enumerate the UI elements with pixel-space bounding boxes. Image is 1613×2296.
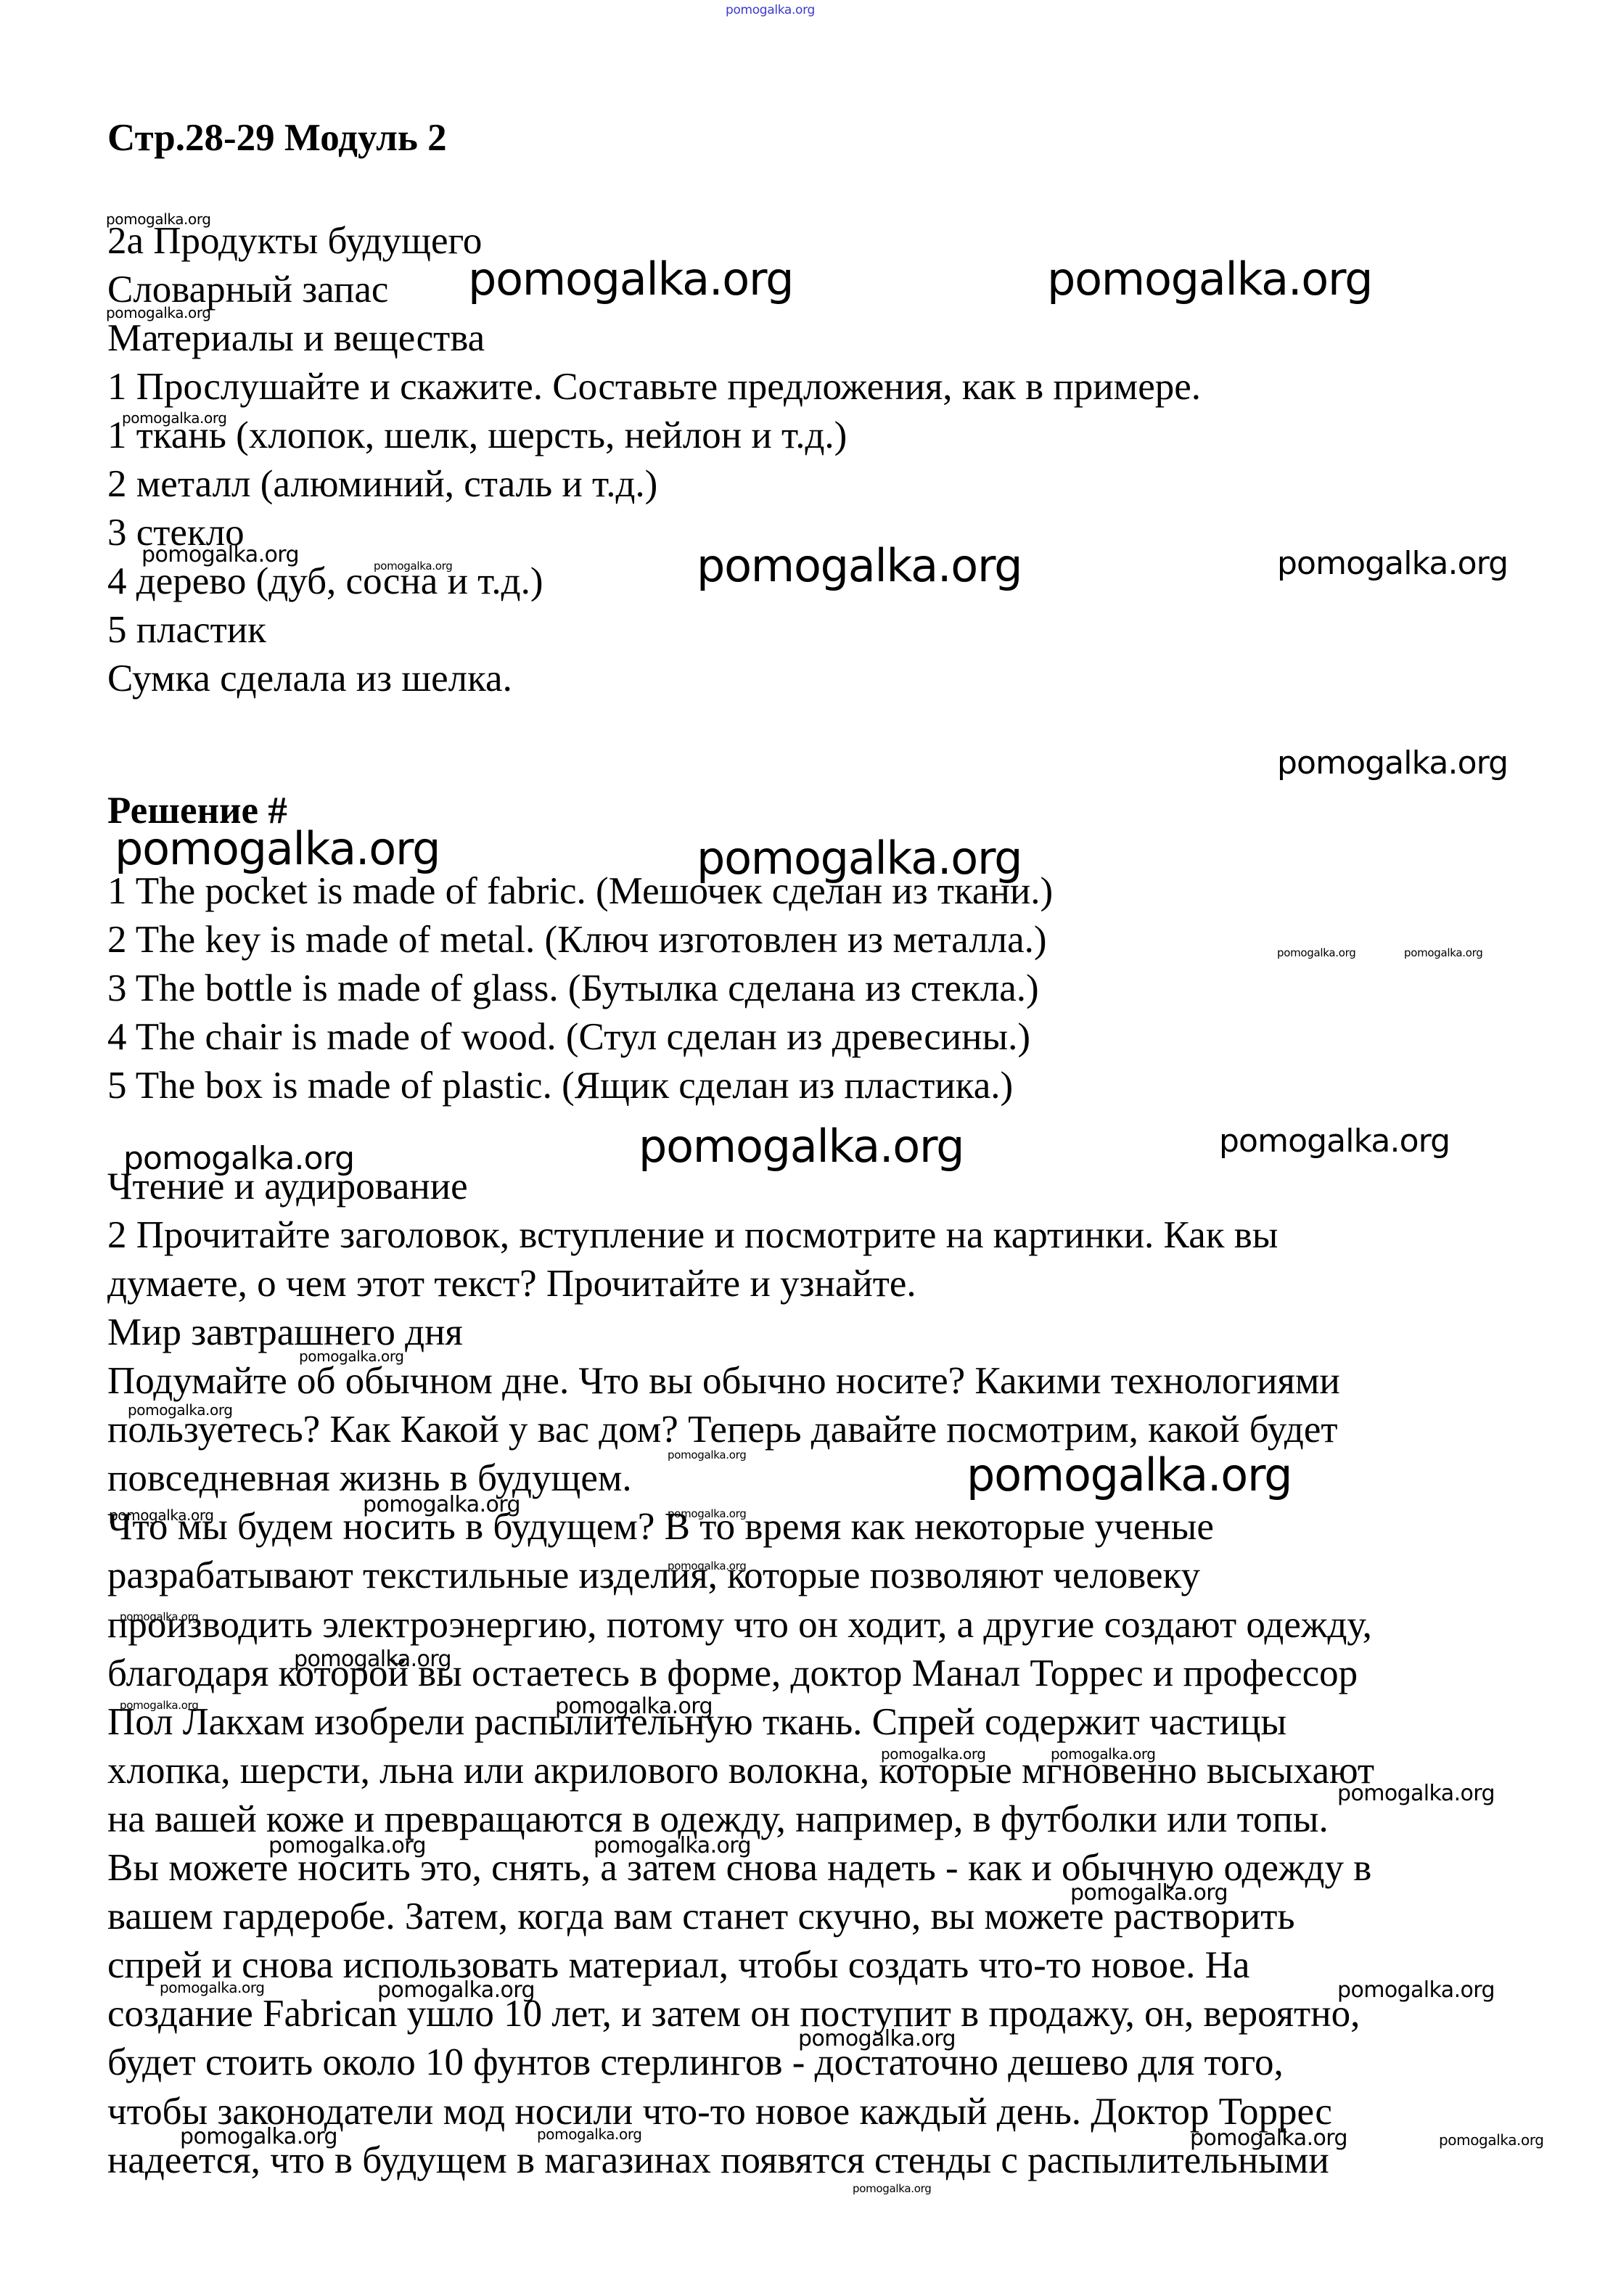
task-1-instruction: 1 Прослушайте и скажите. Составьте предл…	[107, 365, 1201, 409]
watermark: pomogalka.org	[115, 824, 440, 874]
watermark: pomogalka.org	[374, 560, 452, 572]
watermark: pomogalka.org	[697, 541, 1022, 591]
watermark: pomogalka.org	[853, 2183, 931, 2194]
watermark: pomogalka.org	[1047, 254, 1372, 305]
watermark: pomogalka.org	[1051, 1746, 1156, 1762]
watermark: pomogalka.org	[668, 1560, 746, 1572]
watermark: pomogalka.org	[294, 1647, 451, 1672]
watermark: pomogalka.org	[1337, 1978, 1495, 2003]
watermark: pomogalka.org	[1219, 1123, 1450, 1160]
paragraph-line: создание Fabrican ушло 10 лет, и затем о…	[107, 1992, 1360, 2035]
watermark: pomogalka.org	[128, 1402, 233, 1418]
paragraph-line: хлопка, шерсти, льна или акрилового воло…	[107, 1749, 1374, 1792]
document-page: Стр.28-29 Модуль 2 2a Продукты будущего …	[0, 0, 1613, 2296]
watermark: pomogalka.org	[697, 833, 1022, 884]
subsection-materials: Материалы и вещества	[107, 316, 485, 360]
watermark: pomogalka.org	[1277, 546, 1508, 582]
material-item: 5 пластик	[107, 608, 266, 652]
watermark: pomogalka.org	[180, 2125, 337, 2149]
watermark: pomogalka.org	[106, 305, 211, 321]
watermark: pomogalka.org	[268, 1834, 426, 1858]
paragraph-line: Что мы будем носить в будущем? В то врем…	[107, 1505, 1214, 1549]
material-item: 2 металл (алюминий, сталь и т.д.)	[107, 462, 657, 506]
answer-item: 2 The key is made of metal. (Ключ изгото…	[107, 918, 1047, 962]
watermark: pomogalka.org	[120, 1611, 198, 1623]
paragraph-line: производить электроэнергию, потому что о…	[107, 1603, 1372, 1647]
watermark: pomogalka.org	[122, 410, 227, 426]
watermark: pomogalka.org	[668, 1449, 746, 1461]
watermark: pomogalka.org	[109, 1507, 214, 1523]
example-sentence: Сумка сделала из шелка.	[107, 657, 512, 700]
watermark: pomogalka.org	[1277, 947, 1355, 959]
answer-item: 5 The box is made of plastic. (Ящик сдел…	[107, 1064, 1013, 1107]
answer-item: 3 The bottle is made of glass. (Бутылка …	[107, 967, 1039, 1010]
watermark: pomogalka.org	[160, 1980, 265, 1996]
watermark: pomogalka.org	[123, 1141, 354, 1177]
watermark: pomogalka.org	[377, 1978, 535, 2003]
watermark: pomogalka.org	[555, 1694, 713, 1719]
watermark: pomogalka.org	[1337, 1782, 1495, 1806]
watermark: pomogalka.org	[1439, 2132, 1544, 2148]
page-title: Стр.28-29 Модуль 2	[107, 116, 447, 160]
watermark: pomogalka.org	[1277, 745, 1508, 782]
watermark: pomogalka.org	[120, 1700, 198, 1711]
watermark: pomogalka.org	[798, 2027, 956, 2051]
paragraph-line: пользуетесь? Как Какой у вас дом? Теперь…	[107, 1408, 1338, 1451]
watermark: pomogalka.org	[1070, 1881, 1228, 1906]
watermark: pomogalka.org	[966, 1450, 1292, 1501]
watermark: pomogalka.org	[106, 211, 211, 227]
watermark: pomogalka.org	[639, 1121, 964, 1172]
paragraph-line: Подумайте об обычном дне. Что вы обычно …	[107, 1359, 1340, 1403]
watermark: pomogalka.org	[1190, 2126, 1347, 2151]
watermark: pomogalka.org	[594, 1834, 751, 1858]
watermark: pomogalka.org	[726, 3, 815, 17]
watermark: pomogalka.org	[537, 2126, 642, 2142]
watermark: pomogalka.org	[141, 543, 299, 567]
paragraph-line: спрей и снова использовать материал, что…	[107, 1943, 1249, 1987]
task-2-instruction: 2 Прочитайте заголовок, вступление и пос…	[107, 1213, 1278, 1257]
watermark: pomogalka.org	[881, 1746, 986, 1762]
watermark: pomogalka.org	[668, 1508, 746, 1520]
watermark: pomogalka.org	[363, 1493, 520, 1517]
watermark: pomogalka.org	[299, 1348, 404, 1364]
watermark: pomogalka.org	[468, 254, 793, 305]
paragraph-line: будет стоить около 10 фунтов стерлингов …	[107, 2041, 1284, 2084]
text-title: Мир завтрашнего дня	[107, 1311, 463, 1354]
watermark: pomogalka.org	[1404, 947, 1482, 959]
paragraph-line: разрабатывают текстильные изделия, котор…	[107, 1554, 1200, 1597]
answer-item: 4 The chair is made of wood. (Стул сдела…	[107, 1015, 1030, 1059]
task-2-instruction: думаете, о чем этот текст? Прочитайте и …	[107, 1262, 916, 1305]
